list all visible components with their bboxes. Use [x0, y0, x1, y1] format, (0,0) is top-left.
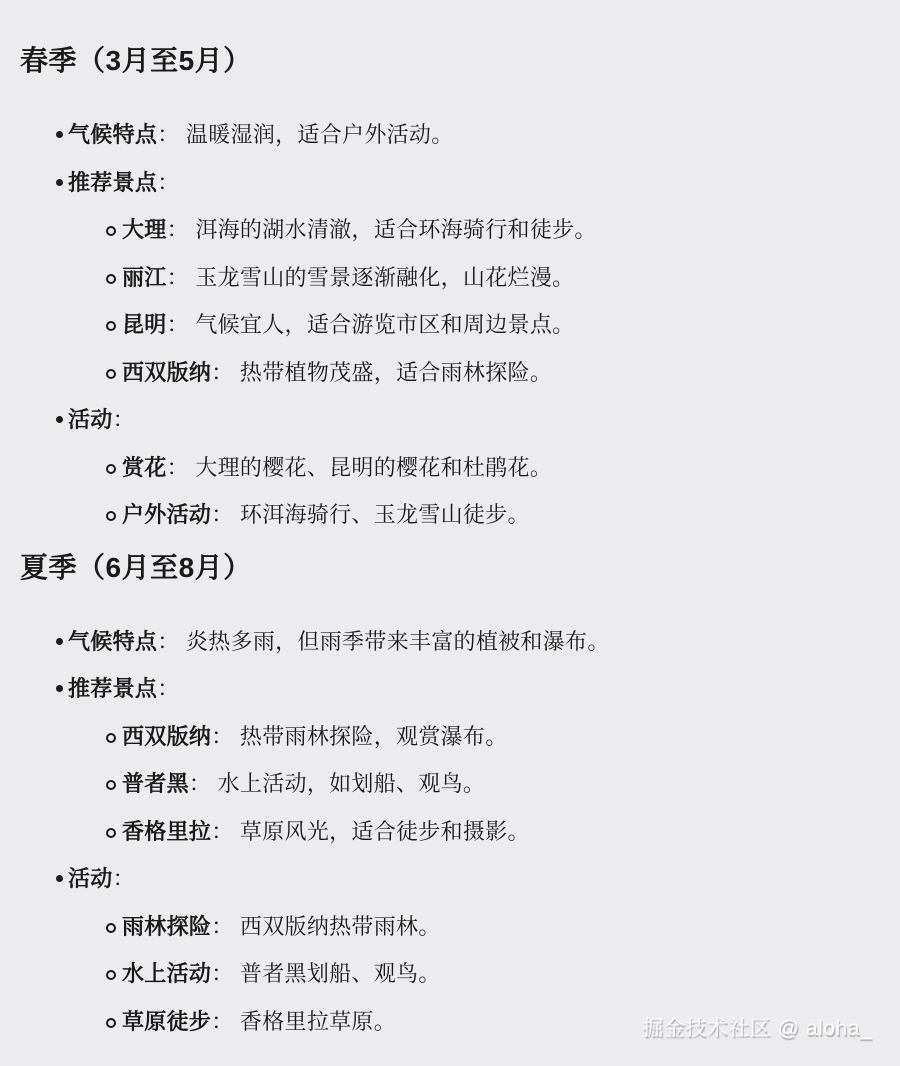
item-text: ：: [157, 170, 179, 195]
bullet-circle-icon: [106, 828, 116, 838]
bullet-circle-icon: [106, 274, 116, 284]
item-label: 丽江: [122, 265, 167, 290]
item-label: 水上活动: [122, 961, 211, 986]
bullet-circle-icon: [106, 733, 116, 743]
list-item: 气候特点： 温暖湿润，适合户外活动。: [20, 123, 870, 147]
list-item: 活动：: [20, 867, 870, 891]
bullet-circle-icon: [106, 226, 116, 236]
bullet-dot-icon: [56, 179, 63, 186]
bullet-circle-icon: [106, 970, 116, 980]
sub-list-item: 水上活动： 普者黑划船、观鸟。: [20, 962, 870, 986]
bullet-circle-icon: [106, 511, 116, 521]
bullet-dot-icon: [56, 131, 63, 138]
item-text: ： 玉龙雪山的雪景逐渐融化，山花烂漫。: [167, 265, 575, 290]
sub-list-item: 大理： 洱海的湖水清澈，适合环海骑行和徒步。: [20, 218, 870, 242]
item-text: ： 环洱海骑行、玉龙雪山徒步。: [211, 502, 530, 527]
item-text: ： 炎热多雨，但雨季带来丰富的植被和瀑布。: [157, 629, 609, 654]
item-text: ： 西双版纳热带雨林。: [211, 914, 440, 939]
item-text: ： 热带雨林探险，观赏瀑布。: [211, 724, 507, 749]
item-label: 户外活动: [122, 502, 211, 527]
sub-list-item: 西双版纳： 热带雨林探险，观赏瀑布。: [20, 725, 870, 749]
item-label: 香格里拉: [122, 819, 211, 844]
item-label: 推荐景点: [68, 676, 157, 701]
item-text: ： 热带植物茂盛，适合雨林探险。: [211, 360, 552, 385]
item-label: 赏花: [122, 455, 167, 480]
bullet-circle-icon: [106, 1018, 116, 1028]
item-label: 大理: [122, 217, 167, 242]
bullet-dot-icon: [56, 875, 63, 882]
item-label: 西双版纳: [122, 724, 211, 749]
list-item: 推荐景点：: [20, 171, 870, 195]
item-label: 推荐景点: [68, 170, 157, 195]
bullet-circle-icon: [106, 780, 116, 790]
bullet-circle-icon: [106, 321, 116, 331]
spring-list: 气候特点： 温暖湿润，适合户外活动。 推荐景点： 大理： 洱海的湖水清澈，适合环…: [20, 123, 870, 527]
item-label: 气候特点: [68, 629, 157, 654]
item-label: 昆明: [122, 312, 167, 337]
bullet-circle-icon: [106, 464, 116, 474]
bullet-dot-icon: [56, 638, 63, 645]
item-text: ： 气候宜人，适合游览市区和周边景点。: [167, 312, 575, 337]
section-title-spring: 春季（3月至5月）: [20, 44, 870, 77]
sub-list-item: 雨林探险： 西双版纳热带雨林。: [20, 915, 870, 939]
item-text: ： 水上活动，如划船、观鸟。: [189, 771, 485, 796]
item-text: ： 洱海的湖水清澈，适合环海骑行和徒步。: [167, 217, 597, 242]
sub-list-item: 户外活动： 环洱海骑行、玉龙雪山徒步。: [20, 503, 870, 527]
sub-list-item: 香格里拉： 草原风光，适合徒步和摄影。: [20, 820, 870, 844]
bullet-circle-icon: [106, 369, 116, 379]
item-label: 西双版纳: [122, 360, 211, 385]
item-label: 草原徒步: [122, 1009, 211, 1034]
list-item: 活动：: [20, 408, 870, 432]
sub-list-item: 丽江： 玉龙雪山的雪景逐渐融化，山花烂漫。: [20, 266, 870, 290]
summer-list: 气候特点： 炎热多雨，但雨季带来丰富的植被和瀑布。 推荐景点： 西双版纳： 热带…: [20, 630, 870, 1034]
item-text: ： 大理的樱花、昆明的樱花和杜鹃花。: [167, 455, 553, 480]
list-item: 气候特点： 炎热多雨，但雨季带来丰富的植被和瀑布。: [20, 630, 870, 654]
section-title-summer: 夏季（6月至8月）: [20, 551, 870, 584]
item-label: 活动: [68, 866, 113, 891]
item-text: ：: [113, 866, 135, 891]
bullet-circle-icon: [106, 923, 116, 933]
sub-list-item: 昆明： 气候宜人，适合游览市区和周边景点。: [20, 313, 870, 337]
bullet-dot-icon: [56, 416, 63, 423]
item-text: ：: [157, 676, 179, 701]
item-text: ：: [113, 407, 135, 432]
sub-list-item: 赏花： 大理的樱花、昆明的樱花和杜鹃花。: [20, 456, 870, 480]
sub-list-item: 西双版纳： 热带植物茂盛，适合雨林探险。: [20, 361, 870, 385]
item-text: ： 普者黑划船、观鸟。: [211, 961, 440, 986]
item-label: 普者黑: [122, 771, 189, 796]
sub-list-item: 普者黑： 水上活动，如划船、观鸟。: [20, 772, 870, 796]
document-body: 春季（3月至5月） 气候特点： 温暖湿润，适合户外活动。 推荐景点： 大理： 洱…: [0, 0, 900, 1033]
item-label: 雨林探险: [122, 914, 211, 939]
list-item: 推荐景点：: [20, 677, 870, 701]
item-text: ： 草原风光，适合徒步和摄影。: [211, 819, 530, 844]
bullet-dot-icon: [56, 685, 63, 692]
item-text: ： 香格里拉草原。: [211, 1009, 396, 1034]
item-label: 气候特点: [68, 122, 157, 147]
item-text: ： 温暖湿润，适合户外活动。: [157, 122, 453, 147]
watermark: 掘金技术社区 @ aloha_: [642, 1012, 872, 1042]
item-label: 活动: [68, 407, 113, 432]
